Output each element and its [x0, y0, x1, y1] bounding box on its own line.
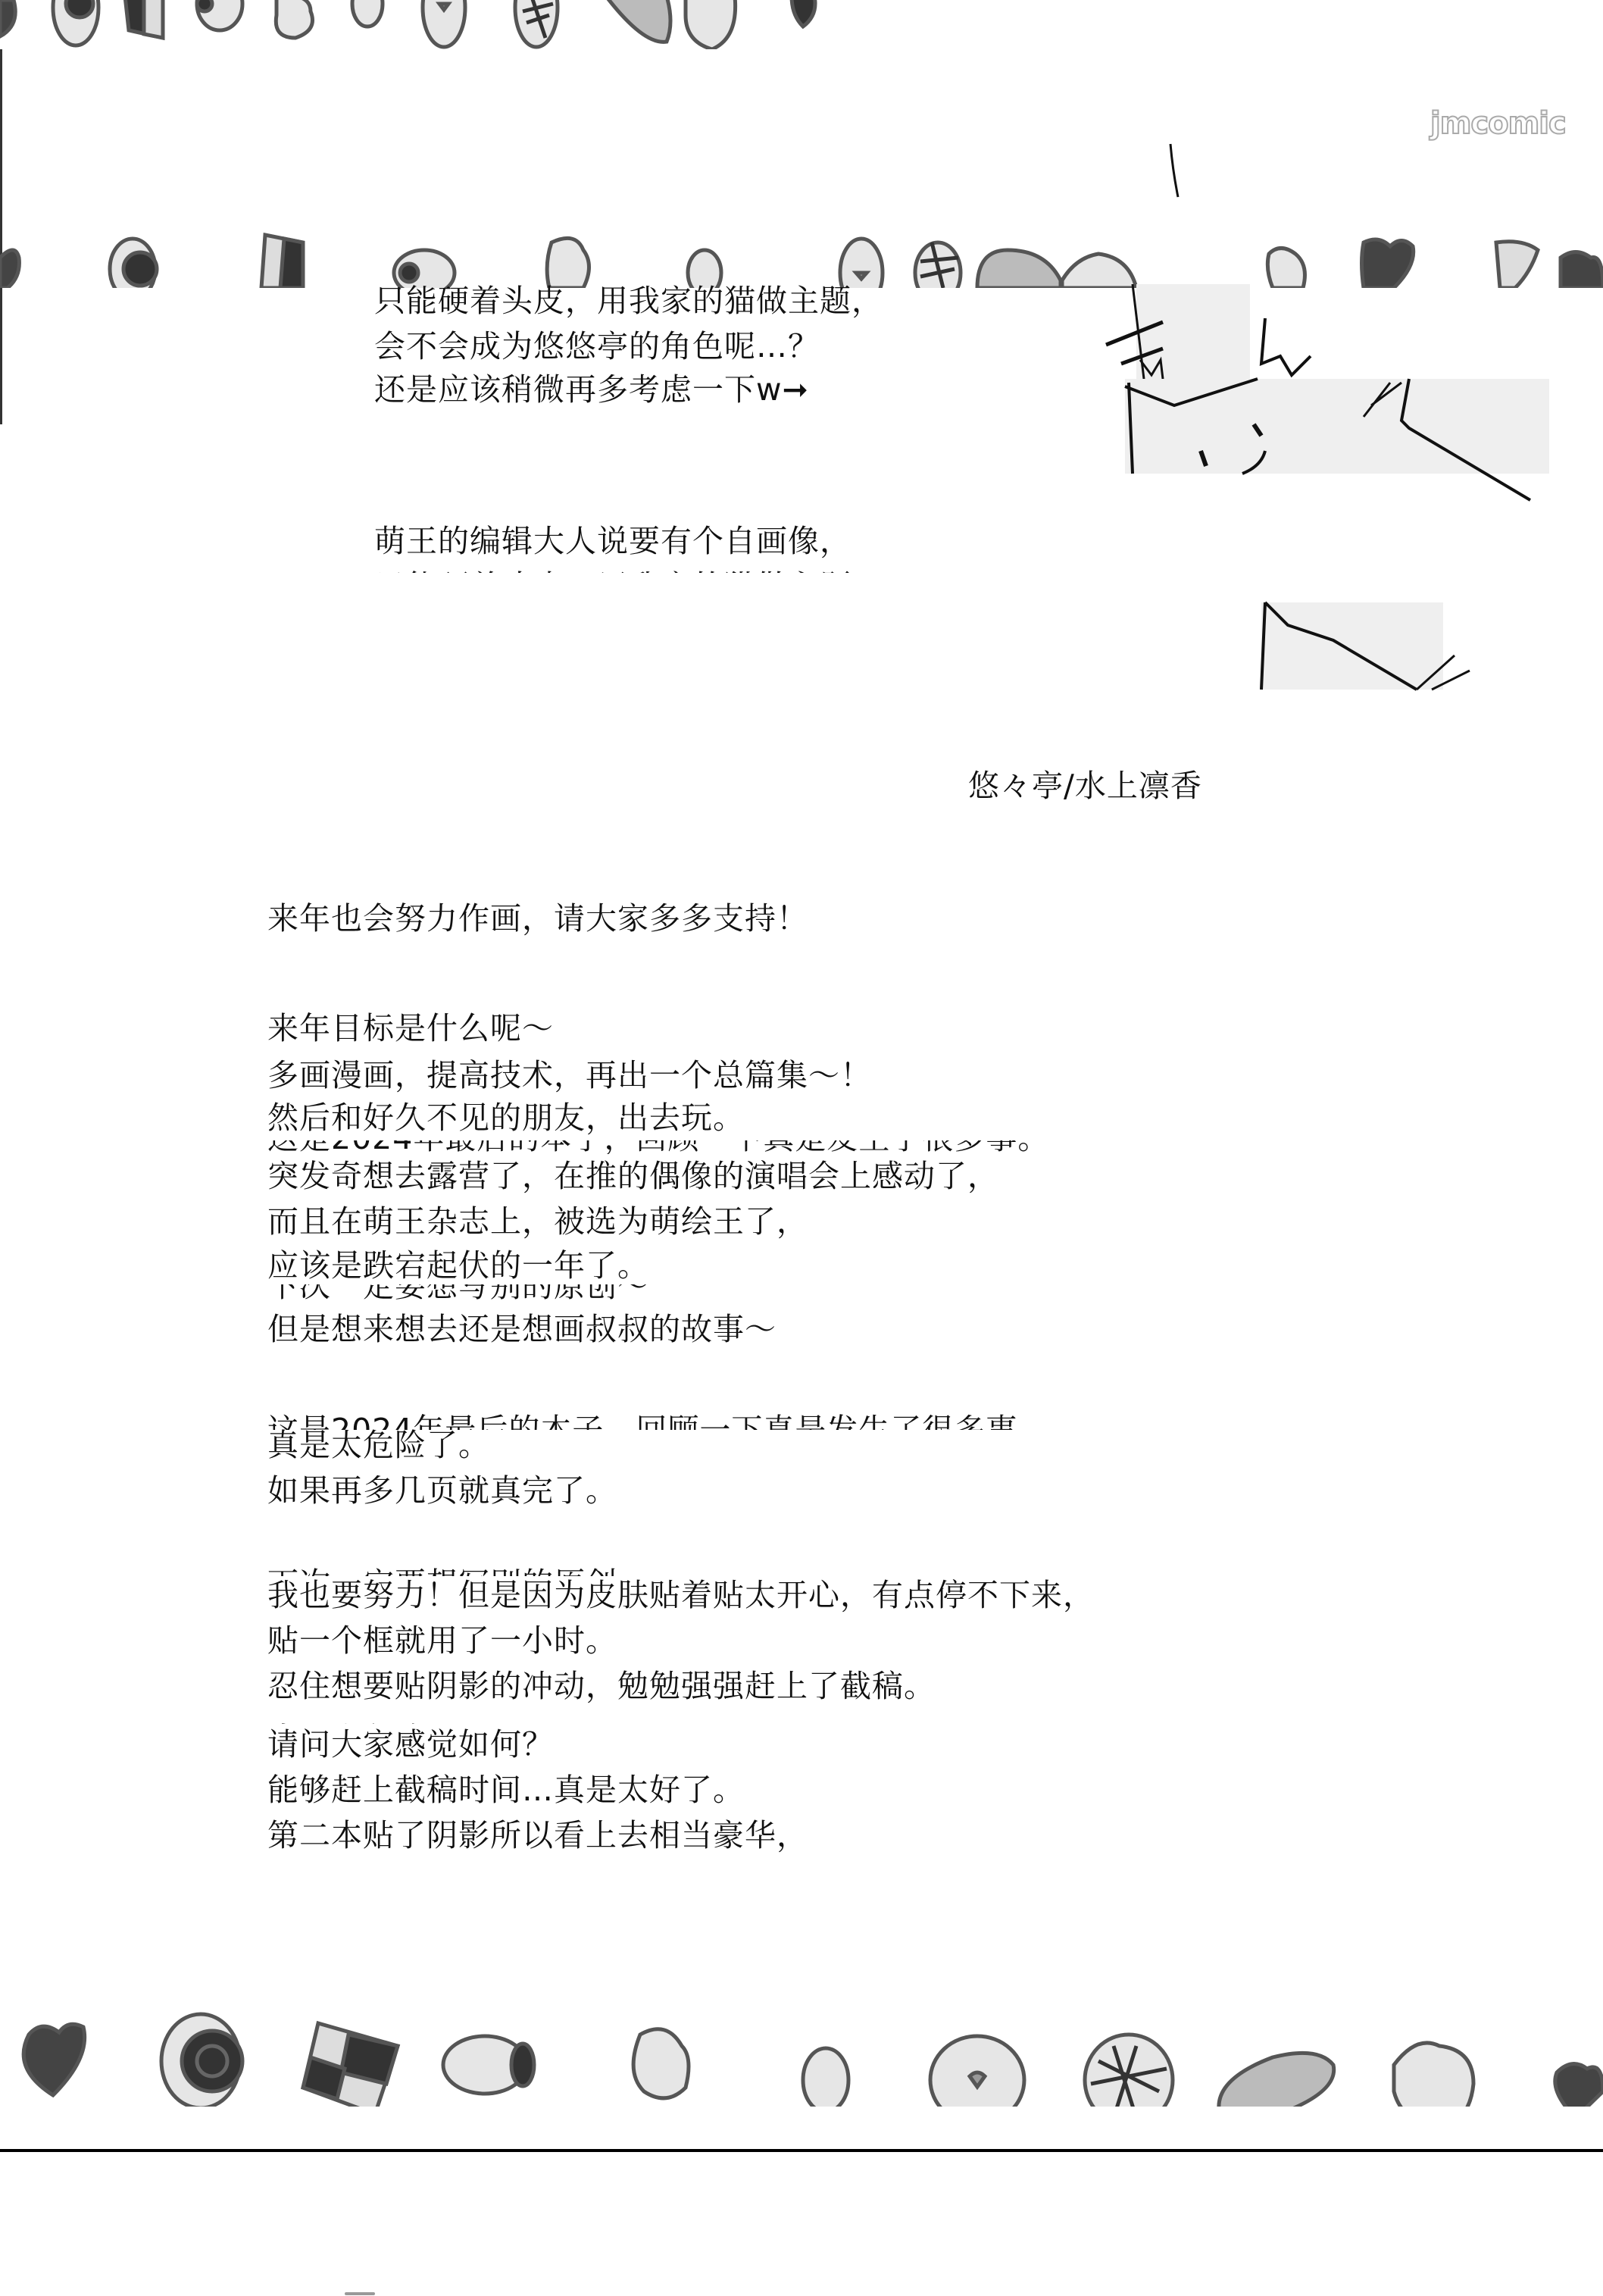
danger-line-1: 真是太危险了。	[267, 1421, 490, 1470]
roll-icon	[803, 2048, 848, 2107]
goal-line-3: 然后和好久不见的朋友，出去玩。	[267, 1093, 745, 1143]
page-edge-line	[0, 0, 2, 424]
upper-line-4: 萌王的编辑大人说要有个自画像，	[374, 517, 851, 566]
baguette-icon	[1219, 2053, 1334, 2107]
heart-icon	[23, 2024, 84, 2095]
upper-line-1: 只能硬着头皮，用我家的猫做主题，	[374, 277, 883, 326]
goal-line-1: 来年目标是什么呢～	[267, 1004, 554, 1053]
watermark-logo: jmcomic	[1430, 106, 1566, 141]
pen-stroke	[1167, 140, 1189, 201]
upper-line-5-cut: 只能硬着头皮，用我家的猫做主题	[374, 562, 1018, 573]
scan-artifact	[345, 2292, 375, 2295]
food-border-bottom	[0, 2000, 1603, 2107]
effort-line-2: 贴一个框就用了一小时。	[267, 1616, 617, 1666]
food-border-top	[0, 0, 1603, 49]
page-bottom-rule	[0, 2149, 1603, 2152]
review-line-2: 而且在萌王杂志上，被选为萌绘王了，	[267, 1197, 808, 1247]
closing-line-1: 请问大家感觉如何？	[267, 1720, 554, 1769]
heart-icon	[1555, 2064, 1603, 2107]
sugar-bun-icon	[1394, 2043, 1473, 2107]
top-border-strip	[0, 0, 1603, 49]
upper-line-3: 还是应该稍微再多考虑一下w➞	[374, 365, 809, 414]
support-line: 来年也会努力作画，请大家多多支持！	[267, 894, 808, 943]
danger-line-2: 如果再多几页就真完了。	[267, 1466, 617, 1516]
review-line-1: 突发奇想去露营了，在推的偶像的演唱会上感动了，	[267, 1152, 999, 1201]
cream-puff-icon	[633, 2029, 689, 2098]
closing-line-2: 能够赶上截稿时间…真是太好了。	[267, 1766, 745, 1815]
upper-line-2: 会不会成为悠悠亭的角色呢…？	[374, 322, 820, 371]
next-story-line: 但是想来想去还是想画叔叔的故事～	[267, 1305, 777, 1354]
cut-line-b: 下次一定要想写别的原创～	[267, 1284, 949, 1306]
closing-line-3: 第二本贴了阴影所以看上去相当豪华，	[267, 1811, 808, 1860]
author-signature: 悠々亭/水上凛香	[968, 762, 1202, 811]
effort-line-1: 我也要努力！但是因为皮肤贴着贴太开心，有点停不下来，	[267, 1571, 1095, 1620]
cat-illustration	[1091, 284, 1603, 709]
effort-line-3: 忍住想要贴阴影的冲动，勉勉强强赶上了截稿。	[267, 1662, 936, 1711]
review-line-3: 应该是跌宕起伏的一年了。	[267, 1241, 649, 1290]
